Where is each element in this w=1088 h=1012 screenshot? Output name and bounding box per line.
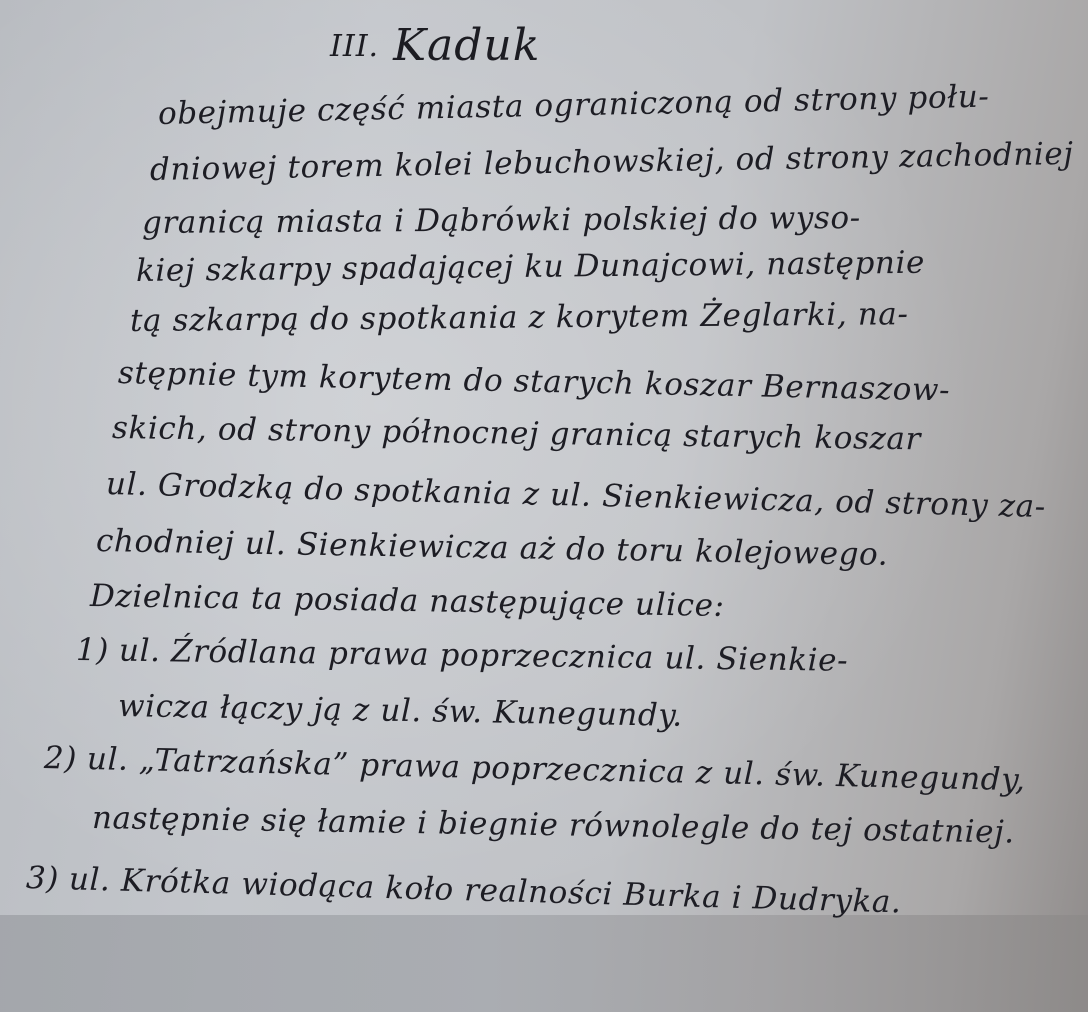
section-title: Kaduk: [393, 20, 540, 71]
section-heading: III.Kaduk: [330, 20, 540, 71]
text-line: tą szkarpą do spotkania z korytem Żeglar…: [130, 296, 909, 339]
section-numeral: III.: [330, 29, 379, 64]
street-text: ul. Źródlana prawa poprzecznica ul. Sien…: [119, 633, 849, 679]
street-entry-2: 2)ul. „Tatrzańska” prawa poprzecznica z …: [44, 740, 1026, 798]
text-line: wicza łączy ją z ul. św. Kunegundy.: [118, 688, 683, 734]
text-line: obejmuje część miasta ograniczoną od str…: [158, 79, 990, 132]
manuscript-page: III.Kaduk obejmuje część miasta ogranicz…: [0, 0, 1088, 1012]
street-number: 1): [76, 632, 110, 668]
text-line: następnie się łamie i biegnie równolegle…: [92, 800, 1015, 850]
text-line: kiej szkarpy spadającej ku Dunajcowi, na…: [136, 245, 925, 289]
text-line: granicą miasta i Dąbrówki polskiej do wy…: [142, 200, 861, 241]
text-line: Dzielnica ta posiada następujące ulice:: [90, 578, 725, 624]
street-number: 3): [25, 860, 59, 897]
street-entry-1: 1)ul. Źródlana prawa poprzecznica ul. Si…: [76, 632, 849, 679]
text-line: dniowej torem kolei lebuchowskiej, od st…: [150, 136, 1074, 188]
street-number: 2): [44, 740, 78, 777]
text-line: skich, od strony północnej granicą stary…: [112, 410, 921, 457]
street-entry-3: 3)ul. Krótka wiodąca koło realności Burk…: [25, 860, 901, 920]
text-line: stępnie tym korytem do starych koszar Be…: [118, 355, 951, 408]
street-text: ul. „Tatrzańska” prawa poprzecznica z ul…: [87, 741, 1026, 798]
street-text: ul. Krótka wiodąca koło realności Burka …: [69, 861, 902, 920]
text-line: ul. Grodzką do spotkania z ul. Sienkiewi…: [106, 466, 1047, 525]
page-bottom-margin: [0, 915, 1088, 1012]
text-line: chodniej ul. Sienkiewicza aż do toru kol…: [96, 523, 889, 573]
